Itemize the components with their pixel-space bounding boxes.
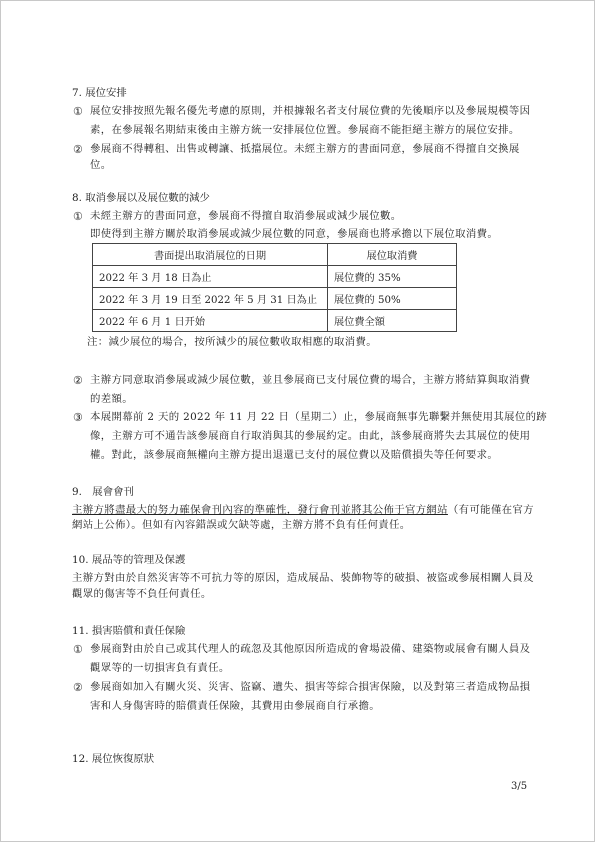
table-row: 2022 年 3 月 18 日為止 展位費的 35%: [93, 266, 457, 288]
s8-item1-line2: 即使得到主辦方關於取消參展或減少展位數的同意，參展商也將承擔以下展位取消費。: [90, 228, 498, 241]
item-marker: ②: [73, 374, 83, 387]
s7-item1-line2: 素，在參展報名期結束後由主辦方統一安排展位位置。參展商不能拒絕主辦方的展位安排。: [90, 124, 520, 137]
s8-item3-line2: 像，主辦方可不通告該參展商自行取消與其的參展約定。由此，該參展商將失去其展位的使…: [90, 430, 530, 443]
underlined-text: 主辦方將盡最大的努力確保會刊內容的準確性，發行會刊並將其公佈于官方網站: [72, 504, 448, 516]
table-cell: 2022 年 3 月 19 日至 2022 年 5 月 31 日為止: [93, 288, 328, 310]
section-10-heading: 10. 展品等的管理及保護: [72, 554, 185, 567]
item-marker: ②: [73, 143, 83, 156]
s11-item1-line2: 觀眾等的一切損害負有責任。: [90, 662, 230, 675]
item-marker: ①: [73, 105, 83, 118]
table-cell: 展位費全額: [328, 310, 457, 332]
s9-line1-rest: （有可能僅在官方: [448, 504, 534, 516]
table-row: 2022 年 3 月 19 日至 2022 年 5 月 31 日為止 展位費的 …: [93, 288, 457, 310]
item-marker: ①: [73, 210, 83, 223]
s9-line1: 主辦方將盡最大的努力確保會刊內容的準確性，發行會刊並將其公佈于官方網站（有可能僅…: [72, 504, 534, 517]
section-11-heading: 11. 損害賠償和責任保險: [72, 625, 185, 638]
s8-item3-line3: 權。對此，該參展商無權向主辦方提出退還已支付的展位費以及賠償損失等任何要求。: [90, 449, 498, 462]
table-header-row: 書面提出取消展位的日期 展位取消費: [93, 244, 457, 266]
s11-item1-line1: 參展商對由於自己或其代理人的疏忽及其他原因所造成的會場設備、建築物或展會有關人員…: [90, 643, 530, 656]
s8-item2-line1: 主辦方同意取消參展或減少展位數，並且參展商已支付展位費的場合，主辦方將結算與取消…: [90, 374, 530, 387]
s11-item2-line1: 參展商如加入有關火災、災害、盜竊、遺失、損害等綜合損害保險，以及對第三者造成物品…: [90, 681, 530, 694]
item-marker: ②: [73, 681, 83, 694]
section-7-heading: 7. 展位安排: [72, 87, 127, 100]
table-cell: 2022 年 3 月 18 日為止: [93, 266, 328, 288]
page-number: 3/5: [511, 781, 527, 792]
s7-item2-line1: 參展商不得轉租、出售或轉讓、抵擋展位。未經主辦方的書面同意，參展商不得擅自交換展: [90, 143, 520, 156]
table-header: 書面提出取消展位的日期: [93, 244, 328, 266]
document-page: 7. 展位安排 ① 展位安排按照先報名優先考慮的原則，并根據報名者支付展位費的先…: [0, 0, 595, 842]
table-cell: 2022 年 6 月 1 日开始: [93, 310, 328, 332]
s7-item1-line1: 展位安排按照先報名優先考慮的原則，并根據報名者支付展位費的先後順序以及參展規模等…: [90, 105, 530, 118]
table-note: 注：減少展位的場合，按所減少的展位數收取相應的取消費。: [87, 336, 377, 349]
item-marker: ③: [73, 411, 83, 424]
s10-line1: 主辦方對由於自然災害等不可抗力等的原因，造成展品、裝飾物等的破損、被盜或參展相關…: [72, 572, 534, 585]
s8-item1-line1: 未經主辦方的書面同意，參展商不得擅自取消參展或減少展位數。: [90, 210, 401, 223]
table-row: 2022 年 6 月 1 日开始 展位費全額: [93, 310, 457, 332]
cancellation-fee-table: 書面提出取消展位的日期 展位取消費 2022 年 3 月 18 日為止 展位費的…: [92, 243, 457, 332]
s10-line2: 觀眾的傷害等不負任何責任。: [72, 588, 212, 601]
s8-item2-line2: 的差額。: [90, 393, 133, 406]
table-cell: 展位費的 50%: [328, 288, 457, 310]
section-8-heading: 8. 取消參展以及展位數的減少: [72, 192, 210, 205]
s8-item3-line1: 本展開幕前 2 天的 2022 年 11 月 22 日（星期二）止，參展商無事先…: [90, 411, 547, 424]
s11-item2-line2: 害和人身傷害時的賠償責任保險，其費用由參展商自行承擔。: [90, 700, 380, 713]
item-marker: ①: [73, 643, 83, 656]
table-cell: 展位費的 35%: [328, 266, 457, 288]
table-header: 展位取消費: [328, 244, 457, 266]
section-9-heading: 9. 展會會刊: [72, 486, 134, 499]
s9-line2: 網站上公佈）。但如有內容錯誤或欠缺等處，主辦方將不負有任何責任。: [72, 519, 411, 532]
section-12-heading: 12. 展位恢復原狀: [72, 753, 154, 766]
s7-item2-line2: 位。: [90, 159, 111, 172]
